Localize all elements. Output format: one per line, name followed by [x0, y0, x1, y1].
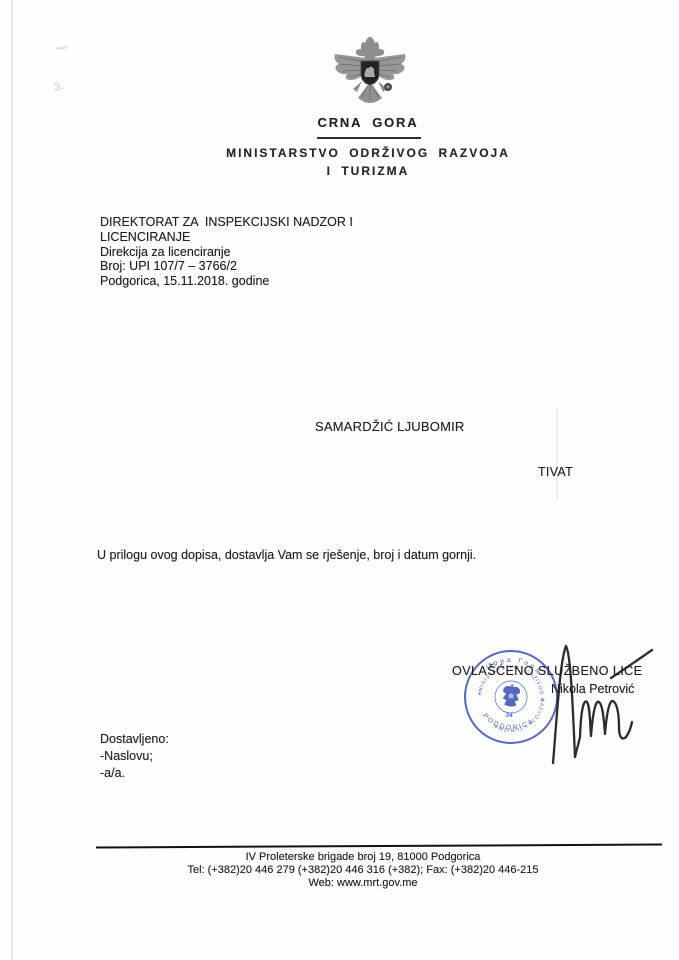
- stamp-eagle-emblem: [501, 683, 520, 707]
- footer-divider: [96, 844, 662, 849]
- footer-web: Web: www.mrt.gov.me: [308, 877, 417, 889]
- footer-address: IV Proleterske brigade broj 19, 81000 Po…: [246, 851, 481, 863]
- scanner-edge-line: [11, 0, 13, 960]
- ministry-name-line2: I TURIZMA: [327, 164, 410, 178]
- country-title: CRNA GORA: [318, 115, 419, 130]
- delivery-item: -Naslovu;: [100, 748, 169, 765]
- scanned-letter-page: 3. CRNA GORA MINISTARSTVO ODRŽIV: [0, 0, 679, 960]
- signatory-title: OVLAŠĆENO SLUŽBENO LICE: [452, 664, 642, 678]
- ministry-round-stamp: Црна Гора MINISTARSTVO ODRŽIVOG RAZVOJA …: [461, 647, 561, 747]
- directorate-line1: DIREKTORAT ZA INSPEKCIJSKI NADZOR I: [100, 215, 353, 230]
- footer-contacts: Tel: (+382)20 446 279 (+382)20 446 316 (…: [187, 864, 538, 876]
- montenegro-coat-of-arms-icon: [331, 36, 409, 108]
- delivery-label: Dostavljeno:: [100, 731, 169, 748]
- place-date-line: Podgorica, 15.11.2018. godine: [100, 274, 353, 289]
- letterhead-block: DIREKTORAT ZA INSPEKCIJSKI NADZOR I LICE…: [100, 215, 353, 289]
- case-number-line: Broj: UPI 107/7 – 3766/2: [100, 259, 353, 274]
- department-line: Direkcija za licenciranje: [100, 245, 353, 260]
- scanner-streak: [556, 408, 558, 500]
- directorate-line2: LICENCIRANJE: [100, 230, 353, 245]
- stamp-number: 34: [505, 712, 513, 720]
- header-divider: [317, 137, 421, 139]
- recipient-name: SAMARDŽIĆ LJUBOMIR: [315, 419, 465, 434]
- body-paragraph: U prilogu ovog dopisa, dostavlja Vam se …: [97, 548, 476, 562]
- recipient-city: TIVAT: [538, 465, 573, 479]
- delivery-block: Dostavljeno: -Naslovu; -a/a.: [100, 731, 169, 782]
- signatory-name: Nikola Petrović: [551, 682, 634, 696]
- pencil-dash-mark: [56, 46, 67, 50]
- pencil-note-mark: 3.: [53, 80, 65, 94]
- ministry-name-line1: MINISTARSTVO ODRŽIVOG RAZVOJA: [226, 146, 510, 160]
- delivery-item: -a/a.: [100, 765, 169, 782]
